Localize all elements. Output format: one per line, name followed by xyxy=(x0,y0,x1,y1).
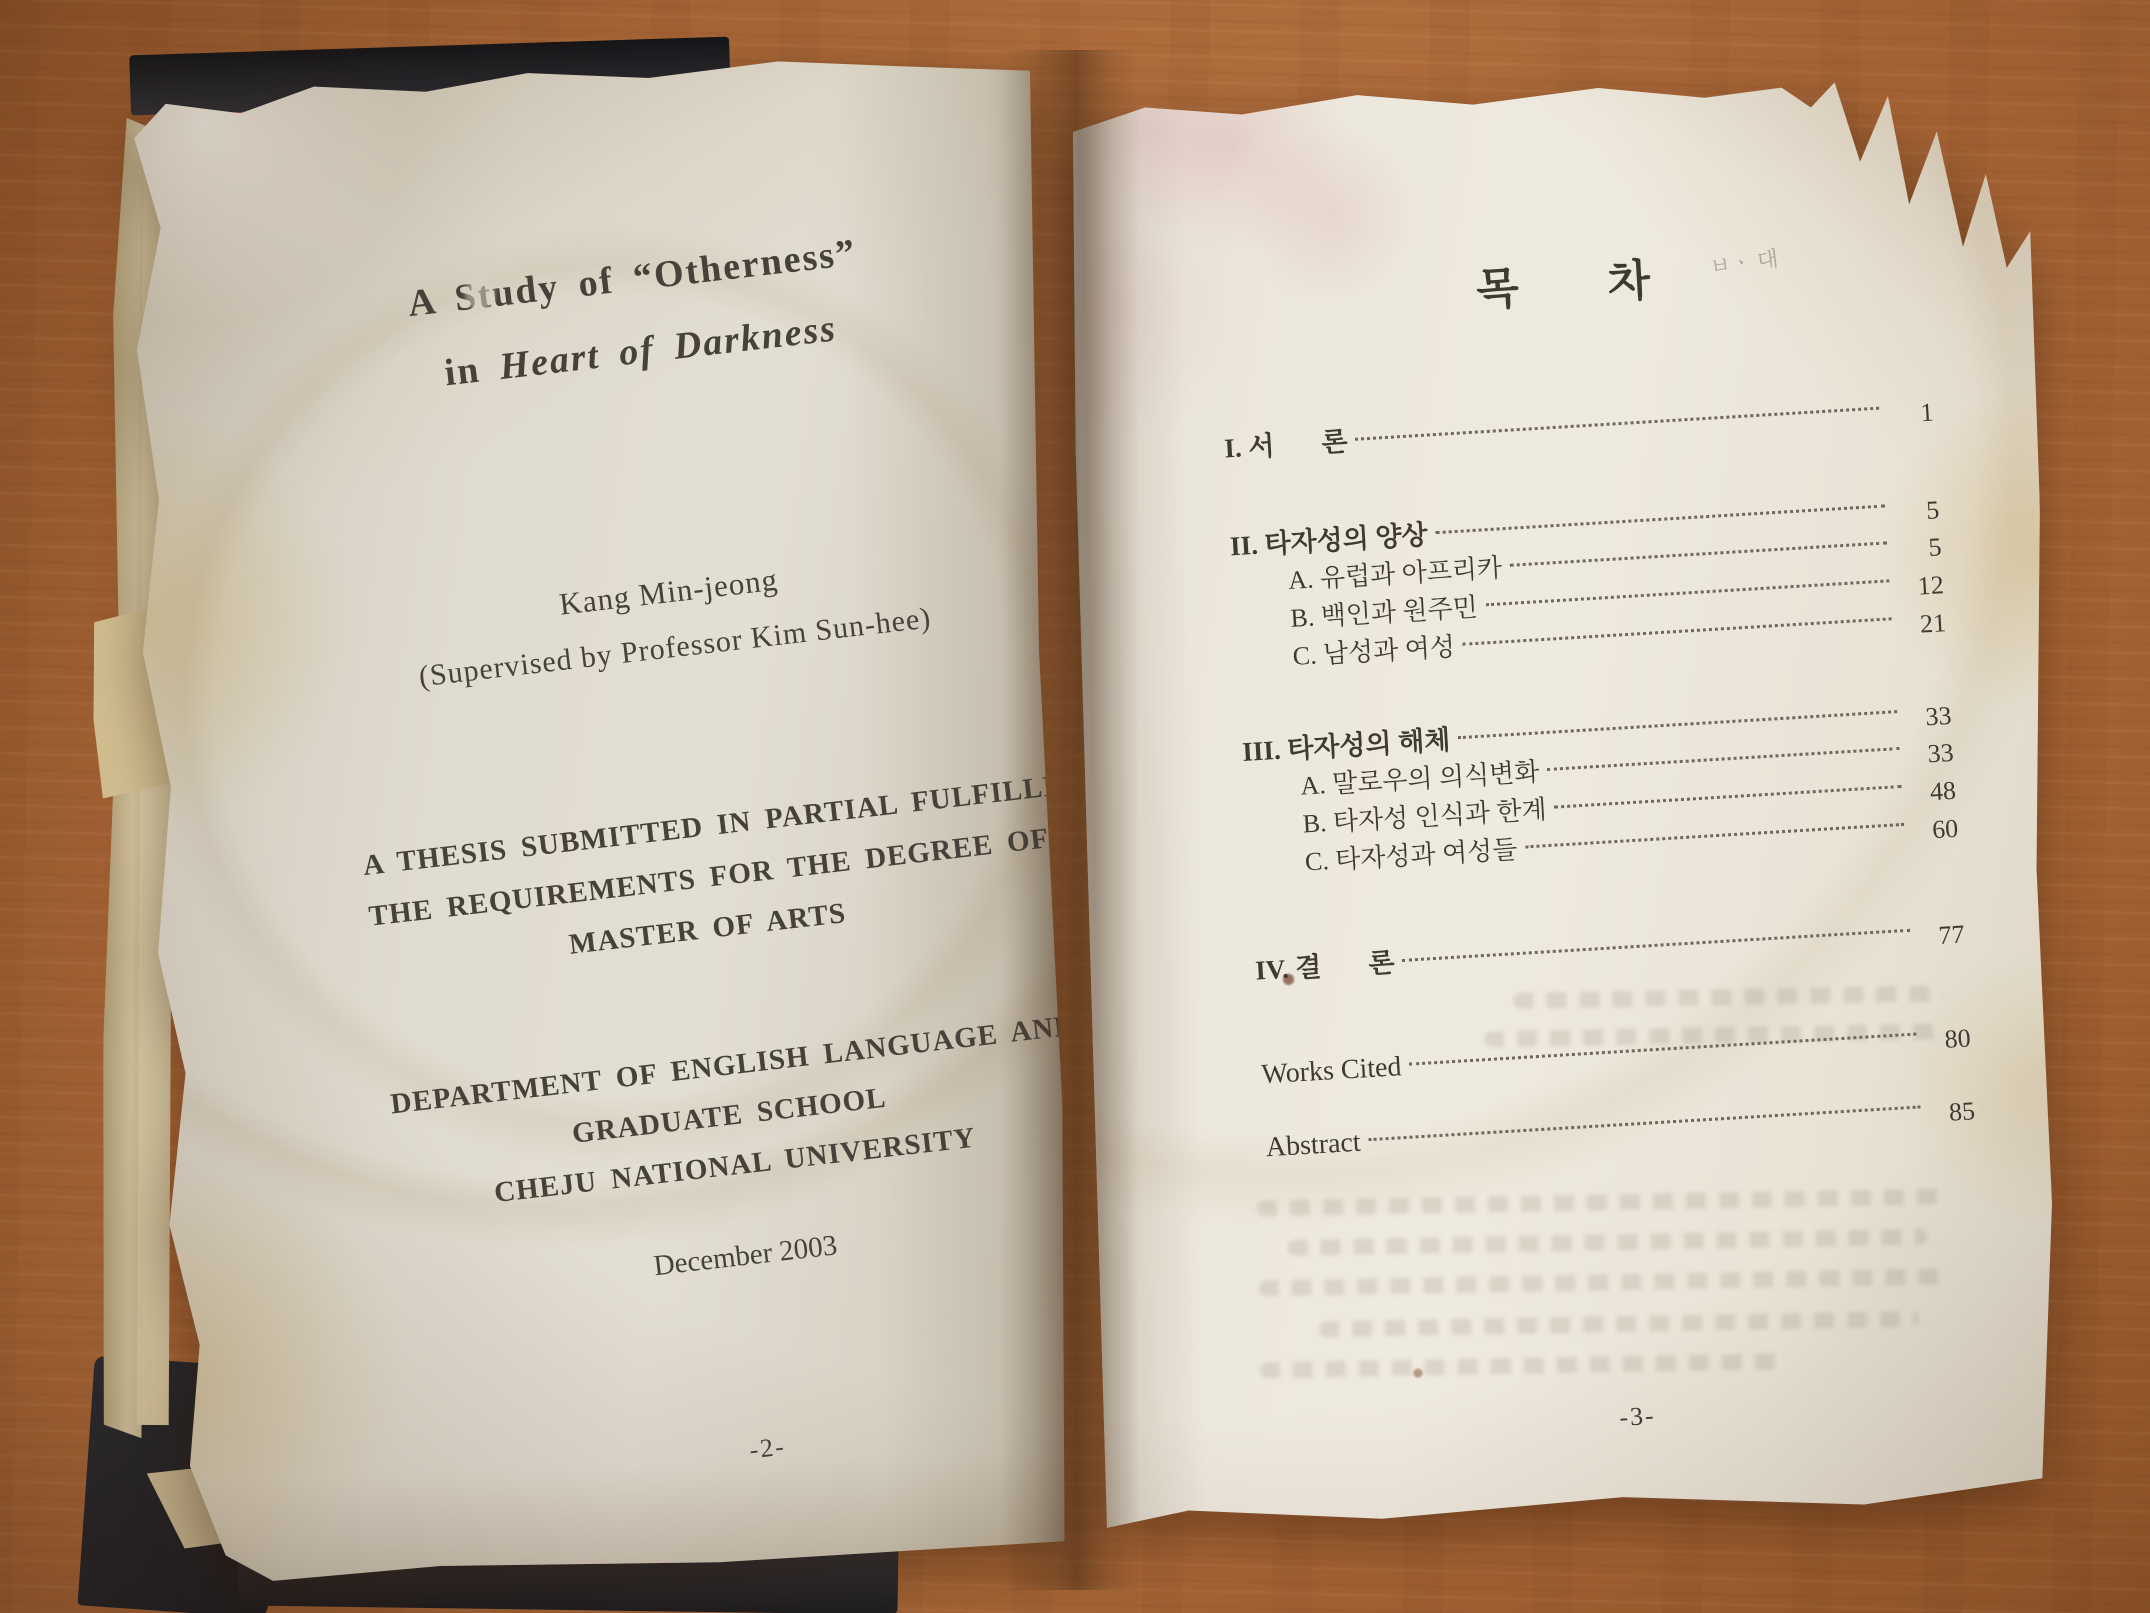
toc-entry-page: 1 xyxy=(1886,393,1934,434)
toc-header: 목 차 xyxy=(1214,228,1927,334)
toc-entry-page: 60 xyxy=(1911,810,1959,851)
toc-entry-page: 5 xyxy=(1892,491,1940,532)
book-title-italic: Heart of Darkness xyxy=(497,307,839,388)
toc-entry: IV. 결 론 77 xyxy=(1254,910,1965,990)
dot-leader xyxy=(1409,1033,1916,1066)
toc-entry-label: C. 남성과 여성 xyxy=(1292,628,1456,676)
title-page: A Study of “Otherness” in Heart of Darkn… xyxy=(109,46,1091,1588)
toc-entry-page: 33 xyxy=(1904,697,1952,738)
dot-leader xyxy=(1402,929,1910,962)
toc-entry-page: 5 xyxy=(1894,528,1942,569)
dot-leader xyxy=(1554,785,1901,809)
toc-entry: Works Cited 80 xyxy=(1260,1014,1971,1094)
toc-entry-page: 77 xyxy=(1917,916,1965,957)
toc-content: 목 차 ㅂㆍ 대 I. 서 론 1 II. 타자성의 양상 5 A. xyxy=(1044,52,2093,1557)
submission-date: December 2003 xyxy=(411,1201,1080,1311)
title-prefix: in xyxy=(442,346,502,394)
toc-entry-label: Abstract xyxy=(1265,1124,1362,1168)
dot-leader xyxy=(1355,407,1879,441)
toc-entry-page: 12 xyxy=(1897,566,1945,607)
right-page-number: -3- xyxy=(1282,1381,1993,1453)
toc-entry-label: I. 서 론 xyxy=(1223,422,1348,467)
left-page-number: -2- xyxy=(433,1395,1102,1502)
dot-leader xyxy=(1510,541,1887,566)
toc-entry-label: Works Cited xyxy=(1260,1048,1402,1094)
institution-block: DEPARTMENT OF ENGLISH LANGUAGE AND LITER… xyxy=(388,1003,1071,1229)
dot-leader xyxy=(1525,823,1904,848)
toc-entry-page: 85 xyxy=(1928,1092,1976,1133)
toc-entry-page: 80 xyxy=(1924,1019,1972,1060)
toc-list: I. 서 론 1 II. 타자성의 양상 5 A. 유럽과 아프리카 5 xyxy=(1223,387,1976,1167)
toc-entry-page: 48 xyxy=(1909,772,1957,813)
dot-leader xyxy=(1547,747,1899,771)
dot-leader xyxy=(1458,710,1897,739)
toc-entry: Abstract 85 xyxy=(1265,1087,1976,1167)
table-of-contents-page: 목 차 ㅂㆍ 대 I. 서 론 1 II. 타자성의 양상 5 A. xyxy=(1067,72,2057,1539)
toc-entry-label: IV. 결 론 xyxy=(1254,943,1395,989)
toc-entry: I. 서 론 1 xyxy=(1223,387,1934,467)
toc-entry-page: 21 xyxy=(1899,604,1947,645)
toc-entry-page: 33 xyxy=(1907,734,1955,775)
dot-leader xyxy=(1368,1105,1920,1141)
thesis-statement: A THESIS SUBMITTED IN PARTIAL FULFILLMEN… xyxy=(360,764,1043,993)
title-page-content: A Study of “Otherness” in Heart of Darkn… xyxy=(275,24,1114,1601)
photo-open-thesis-book: A Study of “Otherness” in Heart of Darkn… xyxy=(0,0,2150,1613)
